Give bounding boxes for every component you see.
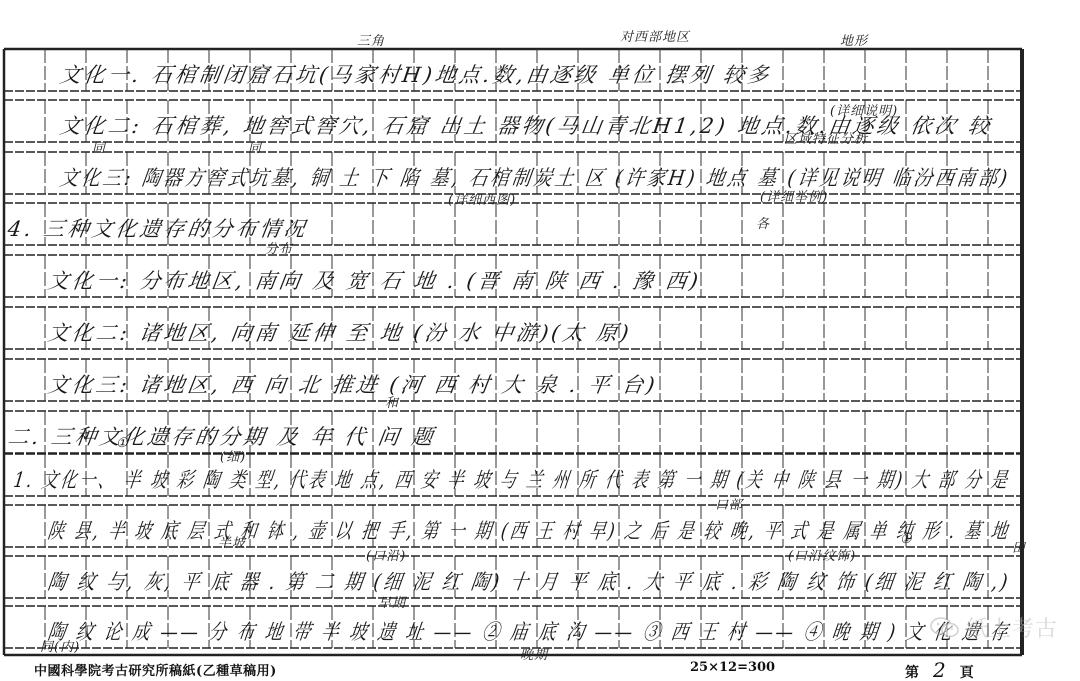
page-label: 第2頁 [905,658,974,681]
margin-annotation: 区域特征分析 [784,128,868,147]
manuscript-page: 文化一. 石棺制闭窟石坑(马家村H)地点.数,由逐级 单位 摆列 较多文化二: … [0,0,1080,681]
margin-annotation: 晚期 [520,644,548,663]
manuscript-line: 陕 县, 半 坡 底 层 式 和 钵 , 壶 以 把 手, 第 一 期 (西 王… [46,515,1012,545]
margin-annotation: (详细说明) [830,100,898,119]
margin-annotation: 半坡 [218,532,246,551]
paper-form-label: 中國科學院考古研究所稿紙(乙種草稿用) [34,660,277,679]
margin-annotation: (详细举例) [760,186,828,205]
margin-annotation: 同 [248,137,262,156]
margin-annotation: (口沿纹饰) [788,545,856,564]
margin-annotation: 口部 [715,494,743,513]
margin-annotation: 对西部地区 [620,26,690,45]
manuscript-line: 文化二: 诸地区, 向南 延伸 至 地 (汾 水 中游)(太 原) [46,317,634,347]
page-suffix: 頁 [960,665,974,681]
margin-annotation: 同(内) [40,636,80,655]
manuscript-line: 陶 纹 与, 灰, 平 底 器 . 第 二 期 (细 泥 红 陶) 十 月 平 … [46,566,1012,596]
manuscript-line: 文化一. 石棺制闭窟石坑(马家村H)地点.数,由逐级 单位 摆列 较多 [58,59,774,89]
grid-spec: 25×12=300 [690,660,775,675]
wechat-icon [930,617,960,639]
manuscript-line: 文化三: 陶器方窖式坑墓, 铜 土 下 陷 墓, 石棺制炭土 区 (许家H) 地… [58,162,1012,192]
page-prefix: 第 [905,665,919,681]
watermark: 纸上考古 [930,612,1058,643]
margin-annotation: 和 [385,392,399,411]
margin-annotation: (口沿) [366,545,406,564]
margin-annotation: ① [116,436,129,451]
manuscript-line: 文化三: 诸地区, 西 向 北 推进 (河 西 村 大 泉 . 平 台) [46,369,660,399]
watermark-text: 纸上考古 [966,612,1058,643]
manuscript-line: 陶 纹 论 成 —— 分 布 地 带 半 坡 遗 址 —— ② 庙 底 沟 ——… [46,616,1013,646]
margin-annotation: (详细西图) [448,189,516,208]
margin-annotation: 分布 [265,238,293,257]
margin-annotation: 田 [1012,537,1026,556]
page-number: 2 [933,658,946,681]
margin-annotation: ① [900,532,913,547]
margin-annotation: 同 [92,137,106,156]
margin-annotation: (细) [220,446,246,465]
manuscript-line: 1. 文化一、 半 坡 彩 陶 类 型, 代表 地 点, 西 安 半 坡 与 兰… [12,464,1012,494]
margin-annotation: 各 [756,213,770,232]
margin-annotation: 地形 [840,30,868,49]
manuscript-line: 文化一: 分布地区, 南向 及 宽 石 地 . (晋 南 陕 西 . 豫 西) [46,265,703,295]
margin-annotation: 早期 [378,592,406,611]
margin-annotation: 三角 [357,30,385,49]
